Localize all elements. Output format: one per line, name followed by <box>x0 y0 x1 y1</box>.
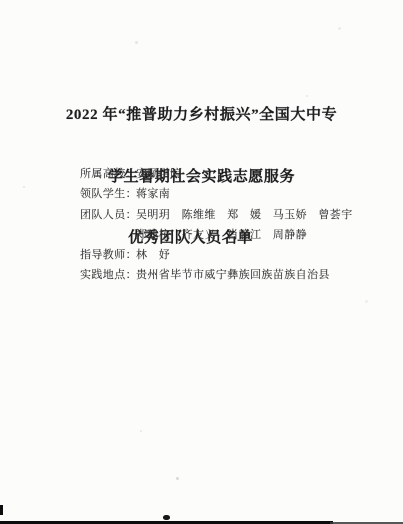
field-value: 贵州省毕节市威宁彝族回族苗族自治县 <box>136 265 330 285</box>
field-row: 指导教师：林 妤 <box>80 245 383 265</box>
scan-speck <box>306 95 308 97</box>
field-row: 领队学生：蒋家南 <box>80 184 383 204</box>
field-label: 实践地点： <box>80 265 136 285</box>
field-label: 团队人员： <box>80 205 136 225</box>
field-value: 林 妤 <box>136 245 170 265</box>
scan-edge-left-mark <box>0 505 3 515</box>
field-label <box>80 225 136 245</box>
field-list: 所属高校：安顺学院领队学生：蒋家南团队人员：吴明玥 陈维维 郑 媛 马玉娇 曾荟… <box>80 164 383 286</box>
field-row: 实践地点：贵州省毕节市威宁彝族回族苗族自治县 <box>80 265 383 285</box>
field-value: 安顺学院 <box>136 164 182 184</box>
scan-speck <box>338 27 341 30</box>
scan-speck <box>140 430 142 432</box>
field-row: 郑建杭 齐友义 肖静江 周静静 <box>80 225 383 245</box>
field-row: 团队人员：吴明玥 陈维维 郑 媛 马玉娇 曾荟宇 <box>80 205 383 225</box>
scan-speck-blob <box>163 515 170 520</box>
scanned-document-page: 2022 年“推普助力乡村振兴”全国大中专 学生暑期社会实践志愿服务 优秀团队人… <box>0 0 403 524</box>
scan-speck <box>176 477 179 480</box>
field-label: 指导教师： <box>80 245 136 265</box>
field-label: 所属高校： <box>80 164 136 184</box>
scan-speck <box>23 186 25 188</box>
field-row: 所属高校：安顺学院 <box>80 164 383 184</box>
field-value: 郑建杭 齐友义 肖静江 周静静 <box>136 225 307 245</box>
field-value: 蒋家南 <box>136 184 170 204</box>
field-label: 领队学生： <box>80 184 136 204</box>
title-line-1: 2022 年“推普助力乡村振兴”全国大中专 <box>0 105 403 126</box>
scan-speck <box>365 300 368 303</box>
scan-speck <box>135 41 138 44</box>
field-value: 吴明玥 陈维维 郑 媛 马玉娇 曾荟宇 <box>136 205 353 225</box>
